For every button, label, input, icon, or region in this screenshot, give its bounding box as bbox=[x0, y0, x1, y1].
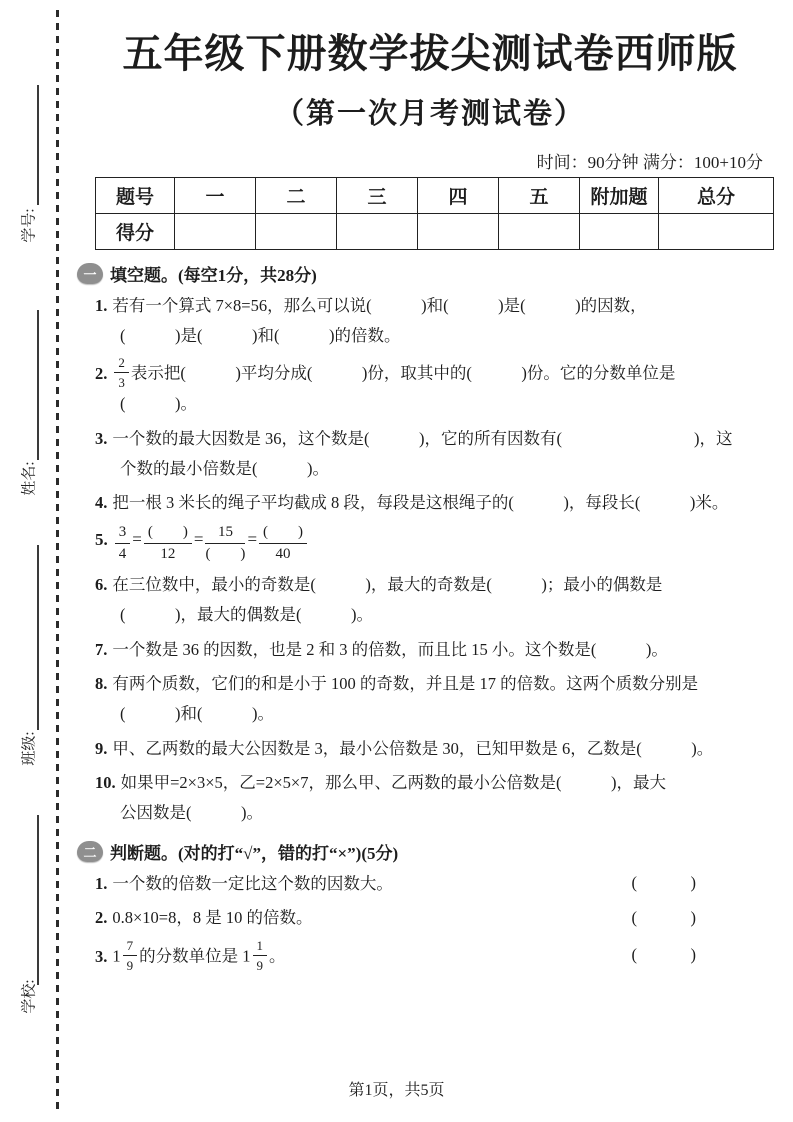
fraction-numerator: 15 bbox=[205, 524, 245, 544]
question-number: 6. bbox=[95, 575, 107, 594]
question-text: 。 bbox=[269, 947, 286, 966]
question: 1.若有一个算式 7×8=56，那么可以说( )和( )是( )的因数，( )是… bbox=[95, 291, 765, 350]
question: 1.一个数的倍数一定比这个数的因数大。( ) bbox=[95, 869, 765, 899]
question-text: = bbox=[194, 530, 204, 549]
exam-info: 时间：90分钟 满分：100+10分 bbox=[97, 148, 763, 173]
question-text: 甲、乙两数的最大公因数是 3，最小公倍数是 30，已知甲数是 6，乙数是( )。 bbox=[112, 739, 713, 758]
question-text: 1 bbox=[112, 947, 120, 966]
fraction-denominator: 40 bbox=[259, 544, 307, 562]
fraction: ( )40 bbox=[259, 524, 307, 562]
sidebar-field-label: 姓名: bbox=[18, 451, 39, 507]
fraction-denominator: 12 bbox=[144, 544, 192, 562]
question-number: 1. bbox=[95, 874, 107, 893]
score-cell bbox=[256, 214, 337, 250]
fraction: 34 bbox=[115, 524, 131, 562]
question-sections: 一填空题。(每空1分，共28分)1.若有一个算式 7×8=56，那么可以说( )… bbox=[95, 261, 765, 972]
score-table-corner: 题号 bbox=[96, 178, 175, 214]
fraction-numerator: 7 bbox=[123, 938, 138, 956]
score-cell bbox=[418, 214, 499, 250]
fraction: 79 bbox=[123, 938, 138, 972]
question: 10.如果甲=2×3×5，乙=2×5×7，那么甲、乙两数的最小公倍数是( )，最… bbox=[95, 768, 765, 827]
question: 5.34=( )12=15( )=( )40 bbox=[95, 524, 765, 562]
question-number: 7. bbox=[95, 640, 107, 659]
question: 2.0.8×10=8，8 是 10 的倍数。( ) bbox=[95, 903, 765, 933]
answer-bracket: ( ) bbox=[632, 940, 698, 970]
question-number: 10. bbox=[95, 773, 116, 792]
section-number-badge: 二 bbox=[77, 841, 103, 862]
question-text: 一个数是 36 的因数，也是 2 和 3 的倍数，而且比 15 小。这个数是( … bbox=[112, 640, 668, 659]
score-table-column: 三 bbox=[337, 178, 418, 214]
fraction-numerator: 1 bbox=[253, 938, 268, 956]
question-text: ( )和( )。 bbox=[120, 704, 274, 723]
score-cell bbox=[659, 214, 774, 250]
question-text: 如果甲=2×3×5，乙=2×5×7，那么甲、乙两数的最小公倍数是( )，最大 bbox=[121, 773, 666, 792]
question-text: 个数的最小倍数是( )。 bbox=[120, 459, 329, 478]
question-text: ( )，最大的偶数是( )。 bbox=[120, 605, 373, 624]
question-text: 在三位数中，最小的奇数是( )，最大的奇数是( )；最小的偶数是 bbox=[112, 575, 662, 594]
fraction-denominator: ( ) bbox=[205, 544, 245, 562]
sidebar-field-label: 学校: bbox=[18, 969, 39, 1025]
score-cell bbox=[337, 214, 418, 250]
sidebar-blank-line bbox=[37, 815, 39, 985]
score-cell bbox=[499, 214, 580, 250]
question: 4.把一根 3 米长的绳子平均截成 8 段，每段是这根绳子的( )，每段长( )… bbox=[95, 488, 765, 518]
sidebar-field-label: 班级: bbox=[18, 721, 39, 777]
fraction-numerator: ( ) bbox=[144, 524, 192, 544]
question-number: 2. bbox=[95, 364, 107, 383]
section-number-badge: 一 bbox=[77, 263, 103, 284]
sidebar-blank-line bbox=[37, 545, 39, 730]
fraction-numerator: 3 bbox=[115, 524, 131, 544]
question-number: 8. bbox=[95, 674, 107, 693]
question: 8.有两个质数，它们的和是小于 100 的奇数，并且是 17 的倍数。这两个质数… bbox=[95, 669, 765, 728]
answer-bracket: ( ) bbox=[632, 903, 698, 933]
score-table-column: 总分 bbox=[659, 178, 774, 214]
question-text: = bbox=[132, 530, 142, 549]
score-table-column: 五 bbox=[499, 178, 580, 214]
sidebar-blank-line bbox=[37, 85, 39, 205]
question-text: 的分数单位是 1 bbox=[139, 947, 250, 966]
score-table-column: 四 bbox=[418, 178, 499, 214]
answer-bracket: ( ) bbox=[632, 869, 698, 899]
score-table-header-row: 题号一二三四五附加题总分 bbox=[96, 178, 774, 214]
sidebar-field-label: 学号: bbox=[18, 198, 39, 254]
question-number: 9. bbox=[95, 739, 107, 758]
binding-dashed-line bbox=[56, 10, 59, 1115]
question: 3.179的分数单位是 119。( ) bbox=[95, 938, 765, 972]
fraction: 15( ) bbox=[205, 524, 245, 562]
question-text: 公因数是( )。 bbox=[120, 803, 263, 822]
question: 7.一个数是 36 的因数，也是 2 和 3 的倍数，而且比 15 小。这个数是… bbox=[95, 635, 765, 665]
score-cell bbox=[175, 214, 256, 250]
fraction: 23 bbox=[114, 355, 129, 389]
section-heading: 一填空题。(每空1分，共28分) bbox=[77, 261, 765, 286]
question-text: 有两个质数，它们的和是小于 100 的奇数，并且是 17 的倍数。这两个质数分别… bbox=[112, 674, 698, 693]
sidebar-blank-line bbox=[37, 310, 39, 460]
fraction-denominator: 3 bbox=[114, 373, 129, 389]
question-text: 表示把( )平均分成( )份，取其中的( )份。它的分数单位是 bbox=[131, 364, 675, 383]
score-table-column: 一 bbox=[175, 178, 256, 214]
fraction-denominator: 9 bbox=[253, 956, 268, 972]
page-number: 第1页，共5页 bbox=[0, 1077, 793, 1100]
fraction: ( )12 bbox=[144, 524, 192, 562]
question-text: 若有一个算式 7×8=56，那么可以说( )和( )是( )的因数， bbox=[112, 296, 646, 315]
page-title: 五年级下册数学拔尖测试卷西师版 bbox=[95, 22, 765, 79]
question: 3.一个数的最大因数是 36，这个数是( )，它的所有因数有( )，这个数的最小… bbox=[95, 424, 765, 483]
question-text: = bbox=[247, 530, 257, 549]
score-row-label: 得分 bbox=[96, 214, 175, 250]
question-number: 2. bbox=[95, 908, 107, 927]
score-table-column: 二 bbox=[256, 178, 337, 214]
section-title: 填空题。(每空1分，共28分) bbox=[110, 261, 317, 286]
question-number: 3. bbox=[95, 947, 107, 966]
test-paper: 五年级下册数学拔尖测试卷西师版 （第一次月考测试卷） 时间：90分钟 满分：10… bbox=[95, 0, 765, 977]
question: 9.甲、乙两数的最大公因数是 3，最小公倍数是 30，已知甲数是 6，乙数是( … bbox=[95, 734, 765, 764]
score-cell bbox=[580, 214, 659, 250]
score-table-column: 附加题 bbox=[580, 178, 659, 214]
question-text: 0.8×10=8，8 是 10 的倍数。 bbox=[112, 908, 312, 927]
question-number: 1. bbox=[95, 296, 107, 315]
question-text: ( )。 bbox=[120, 394, 197, 413]
fraction-denominator: 9 bbox=[123, 956, 138, 972]
question-number: 3. bbox=[95, 429, 107, 448]
score-table: 题号一二三四五附加题总分得分 bbox=[95, 177, 774, 250]
question-text: 一个数的倍数一定比这个数的因数大。 bbox=[112, 874, 393, 893]
question: 2.23表示把( )平均分成( )份，取其中的( )份。它的分数单位是( )。 bbox=[95, 355, 765, 419]
fraction: 19 bbox=[253, 938, 268, 972]
question: 6.在三位数中，最小的奇数是( )，最大的奇数是( )；最小的偶数是( )，最大… bbox=[95, 570, 765, 629]
fraction-denominator: 4 bbox=[115, 544, 131, 562]
question-number: 4. bbox=[95, 493, 107, 512]
question-number: 5. bbox=[95, 530, 108, 549]
score-table-score-row: 得分 bbox=[96, 214, 774, 250]
question-text: ( )是( )和( )的倍数。 bbox=[120, 326, 400, 345]
question-text: 把一根 3 米长的绳子平均截成 8 段，每段是这根绳子的( )，每段长( )米。 bbox=[112, 493, 728, 512]
section-title: 判断题。(对的打“√”，错的打“×”)(5分) bbox=[110, 839, 398, 864]
fraction-numerator: 2 bbox=[114, 355, 129, 373]
fraction-numerator: ( ) bbox=[259, 524, 307, 544]
question-text: 一个数的最大因数是 36，这个数是( )，它的所有因数有( )，这 bbox=[112, 429, 732, 448]
page-subtitle: （第一次月考测试卷） bbox=[95, 91, 765, 132]
section-heading: 二判断题。(对的打“√”，错的打“×”)(5分) bbox=[77, 839, 765, 864]
